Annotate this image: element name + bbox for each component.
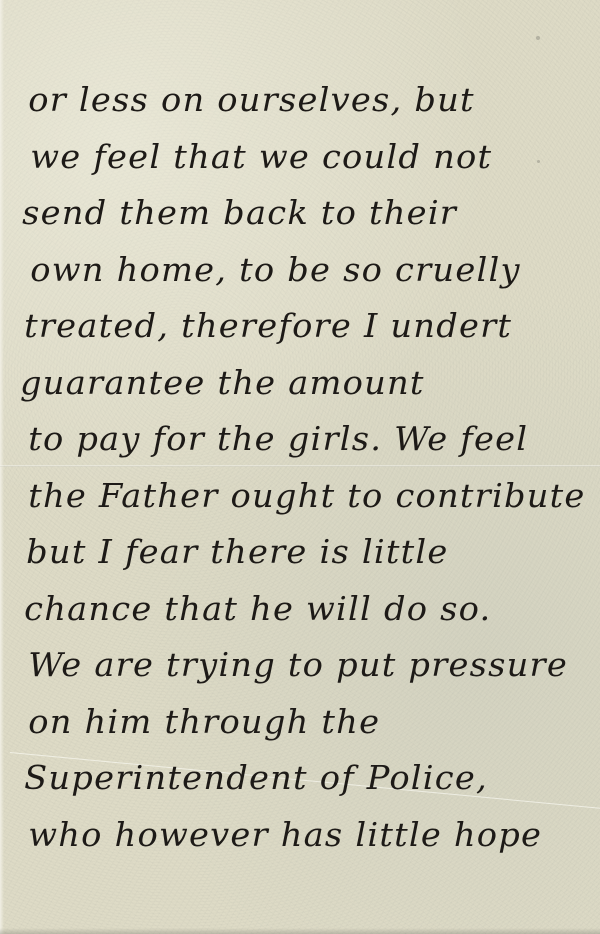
text-line: Superintendent of Police,	[18, 750, 600, 807]
text-line: chance that he will do so.	[18, 581, 600, 638]
text-line: guarantee the amount	[18, 355, 600, 412]
handwritten-text: or less on ourselves, but we feel that w…	[18, 72, 598, 863]
text-line: but I fear there is little	[18, 524, 600, 581]
text-line: own home, to be so cruelly	[18, 242, 600, 299]
text-line: send them back to their	[18, 185, 600, 242]
paper-bottom-edge	[0, 928, 600, 934]
text-line: on him through the	[18, 694, 600, 751]
letter-page: or less on ourselves, but we feel that w…	[0, 0, 600, 934]
text-line: who however has little hope	[18, 807, 600, 864]
text-line: or less on ourselves, but	[18, 72, 600, 129]
text-line: the Father ought to contribute	[18, 468, 600, 525]
paper-left-edge	[0, 0, 4, 934]
text-line: we feel that we could not	[18, 129, 600, 186]
paper-speck	[536, 36, 540, 40]
text-line: treated, therefore I undert	[18, 298, 600, 355]
text-line: to pay for the girls. We feel	[18, 411, 600, 468]
text-line: We are trying to put pressure	[18, 637, 600, 694]
